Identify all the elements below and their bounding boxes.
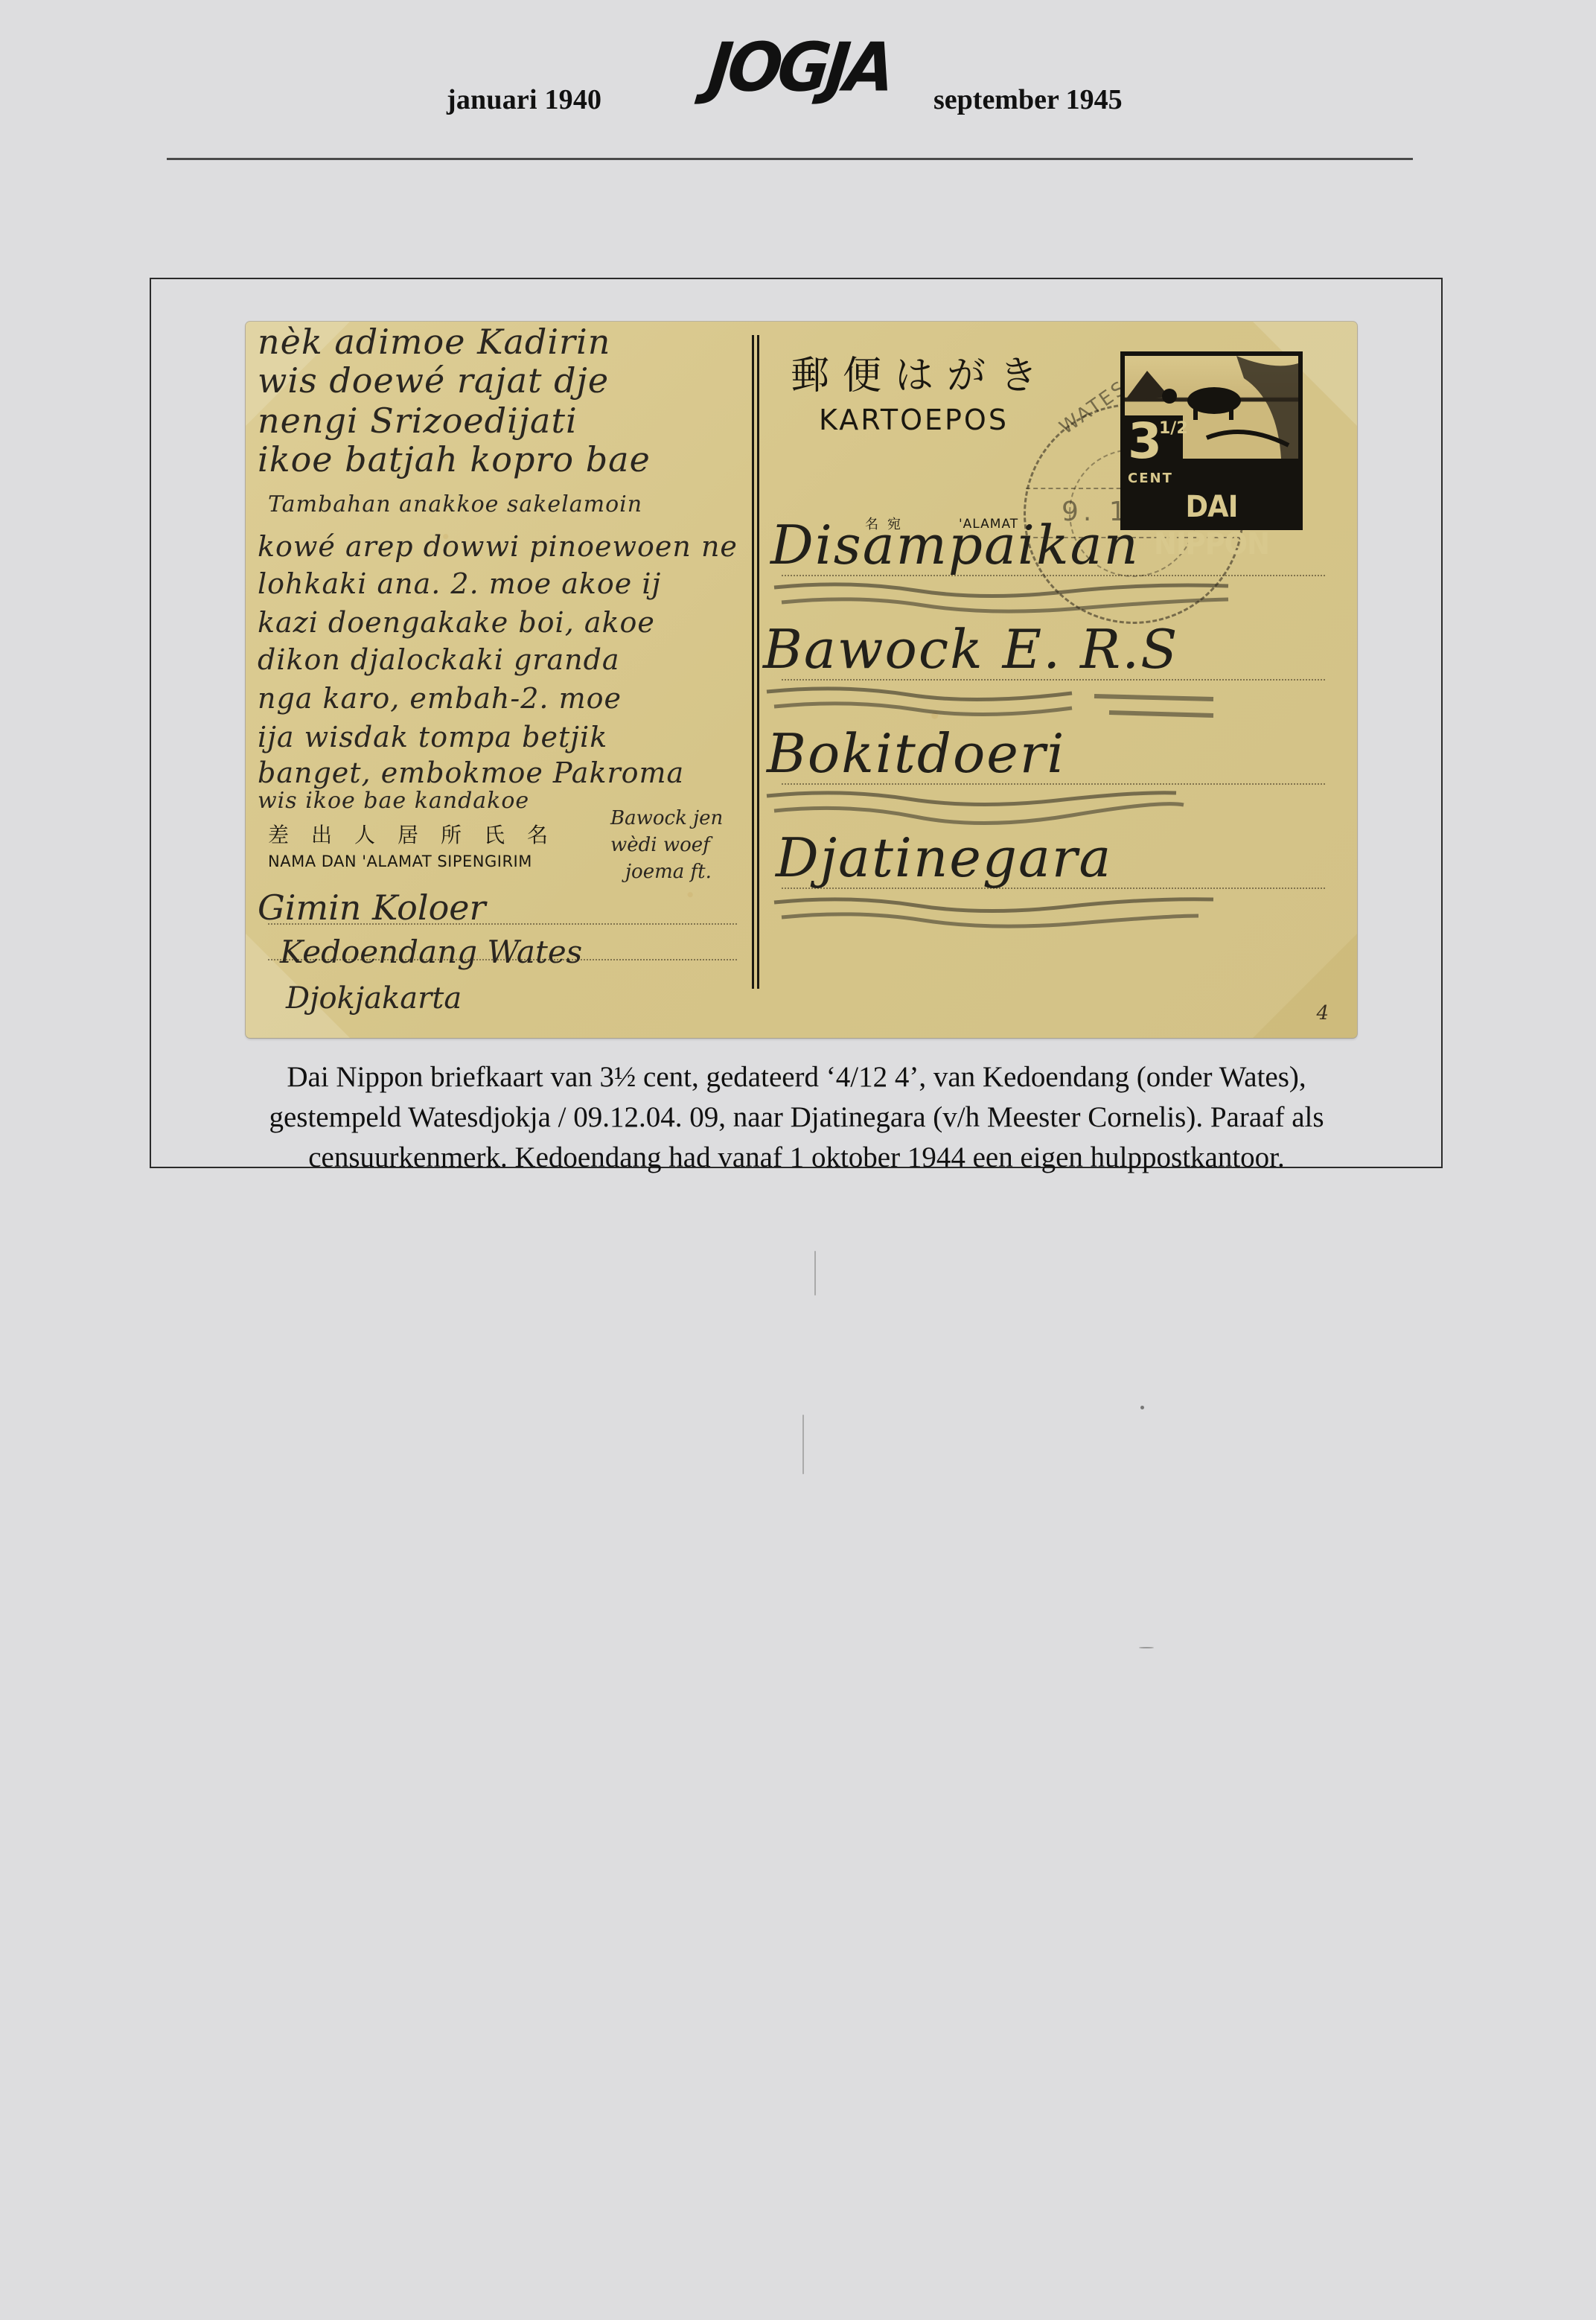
message-line: nga karo, embah-2. moe (258, 682, 622, 715)
corner-pencil-mark: 4 (1316, 1002, 1329, 1024)
message-line: ija wisdak tompa betjik (258, 721, 607, 753)
message-line: nèk adimoe Kadirin (258, 322, 610, 362)
recipient-line: Bokitdoeri (767, 722, 1065, 785)
message-line: banget, embokmoe Pakroma (258, 756, 684, 789)
card-title-japanese: 郵便はがき (791, 344, 1051, 400)
recipient-line: Disampaikan (770, 514, 1140, 576)
scan-mark (1139, 1647, 1154, 1648)
scan-mark (802, 1415, 804, 1474)
sender-address: Kedoendang Wates (280, 934, 582, 970)
underline-wave (767, 579, 1243, 623)
message-line: ikoe batjah kopro bae (258, 439, 651, 479)
message-line: kowé arep dowwi pinoewoen ne (258, 530, 738, 563)
recipient-line: Bawock E. R.S (763, 618, 1178, 681)
recipient-line: Djatinegara (776, 826, 1112, 889)
stamp-value-whole: 3 (1128, 417, 1162, 466)
caption-line: Dai Nippon briefkaart van 3½ cent, gedat… (156, 1057, 1437, 1097)
card-center-divider (752, 335, 759, 989)
message-line: wis ikoe bae kandakoe (258, 788, 529, 814)
message-line: nengi Srizoedijati (258, 401, 578, 441)
margin-note-line: Bawock jen (610, 807, 723, 829)
margin-note-line: wèdi woef (610, 834, 710, 856)
underline-wave (759, 787, 1236, 832)
message-line: dikon djalockaki granda (258, 643, 620, 676)
postcard: nèk adimoe Kadirin wis doewé rajat dje n… (246, 322, 1357, 1038)
stamp-imprint: 3 1/2 CENT DAI NIPPON (1120, 351, 1303, 530)
underline-wave (759, 683, 1236, 727)
message-line: lohkaki ana. 2. moe akoe ij (258, 567, 661, 600)
scan-mark (814, 1251, 816, 1296)
jogja-logo-text: JOGJA (705, 34, 894, 101)
exhibit-caption: Dai Nippon briefkaart van 3½ cent, gedat… (156, 1057, 1437, 1178)
header-divider (167, 158, 1413, 160)
message-line: kazi doengakake boi, akoe (258, 606, 655, 639)
stamp-unit: CENT (1128, 471, 1173, 486)
margin-note-line: joema ft. (625, 861, 712, 883)
photo-corner-mount (1253, 934, 1357, 1038)
jogja-logo: JOGJA (709, 36, 932, 118)
header-date-start: januari 1940 (447, 83, 601, 116)
caption-line: censuurkenmerk. Kedoendang had vanaf 1 o… (156, 1138, 1437, 1178)
underline-wave (767, 893, 1243, 938)
message-line: wis doewé rajat dje (258, 360, 609, 401)
sender-label-indonesian: NAMA DAN 'ALAMAT SIPENGIRIM (268, 853, 532, 870)
stamp-country: DAI NIPPON (1131, 488, 1291, 526)
stamp-value: 3 1/2 CENT (1125, 415, 1183, 490)
sender-name: Gimin Koloer (258, 887, 485, 928)
sender-city: Djokjakarta (286, 981, 462, 1016)
header-date-end: september 1945 (933, 83, 1123, 116)
card-title-kartoepos: KARTOEPOS (819, 404, 1009, 436)
scan-mark (1140, 1406, 1144, 1409)
stamp-value-fraction: 1/2 (1159, 420, 1188, 438)
sender-label-japanese: 差出人居所氏名 (268, 819, 570, 849)
message-line: Tambahan anakkoe sakelamoin (268, 491, 642, 517)
caption-line: gestempeld Watesdjokja / 09.12.04. 09, n… (156, 1097, 1437, 1138)
